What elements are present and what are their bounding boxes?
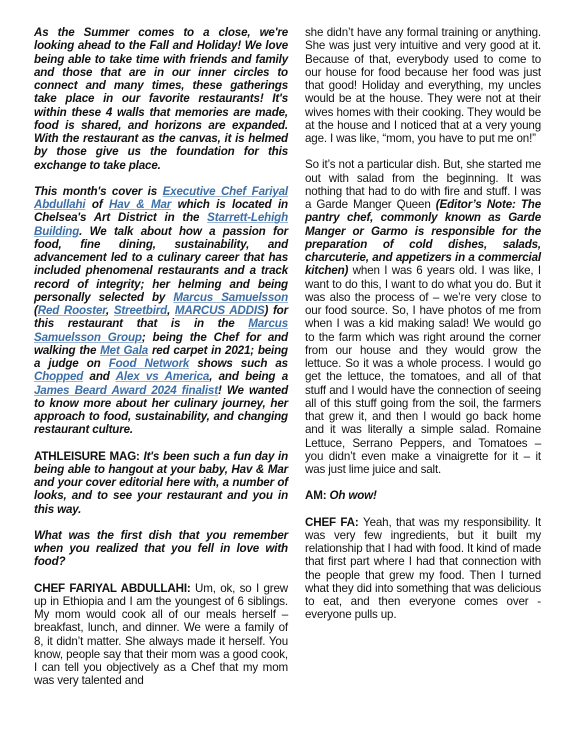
cover-text: shows such as [189, 357, 288, 370]
right-column: she didn’t have any formal training or a… [305, 26, 541, 635]
speaker-label: CHEF FA: [305, 516, 363, 529]
answer-text: Um, ok, so I grew up in Ethiopia and I a… [34, 582, 288, 688]
answer-text: when I was 6 years old. I was like, I wa… [305, 264, 541, 476]
cover-text: , [106, 304, 114, 317]
answer-2: So it’s not a particular dish. But, she … [305, 158, 541, 476]
link-met-gala[interactable]: Met Gala [100, 344, 148, 357]
speaker-label: CHEF FARIYAL ABDULLAHI: [34, 582, 195, 595]
cover-text: , [167, 304, 175, 317]
link-alex-vs-america[interactable]: Alex vs America [116, 370, 210, 383]
left-column: As the Summer comes to a close, we're lo… [34, 26, 288, 701]
cover-text: This month's cover is [34, 185, 163, 198]
link-streetbird[interactable]: Streetbird [114, 304, 167, 317]
magazine-page: As the Summer comes to a close, we're lo… [0, 0, 576, 746]
answer-1-part-1: CHEF FARIYAL ABDULLAHI: Um, ok, so I gre… [34, 582, 288, 688]
intro-paragraph: As the Summer comes to a close, we're lo… [34, 26, 288, 172]
answer-1-part-2: she didn’t have any formal training or a… [305, 26, 541, 145]
link-james-beard[interactable]: James Beard Award 2024 finalist [34, 384, 218, 397]
cover-text: of [85, 198, 109, 211]
question-2: What was the first dish that you remembe… [34, 529, 288, 569]
link-red-rooster[interactable]: Red Rooster [38, 304, 106, 317]
link-hav-and-mar[interactable]: Hav & Mar [109, 198, 171, 211]
question-3: AM: Oh wow! [305, 489, 541, 502]
speaker-label: ATHLEISURE MAG: [34, 450, 144, 463]
answer-3: CHEF FA: Yeah, that was my responsibilit… [305, 516, 541, 622]
answer-text: Yeah, that was my responsibility. It was… [305, 516, 541, 622]
link-marcus-samuelsson[interactable]: Marcus Samuelsson [173, 291, 288, 304]
cover-paragraph: This month's cover is Executive Chef Far… [34, 185, 288, 437]
link-marcus-addis[interactable]: MARCUS ADDIS [175, 304, 265, 317]
link-food-network[interactable]: Food Network [109, 357, 190, 370]
question-text: Oh wow! [330, 489, 377, 502]
cover-text: and [83, 370, 115, 383]
question-1: ATHLEISURE MAG: It's been such a fun day… [34, 450, 288, 516]
cover-text: , and being a [209, 370, 288, 383]
speaker-label: AM: [305, 489, 330, 502]
link-chopped[interactable]: Chopped [34, 370, 83, 383]
